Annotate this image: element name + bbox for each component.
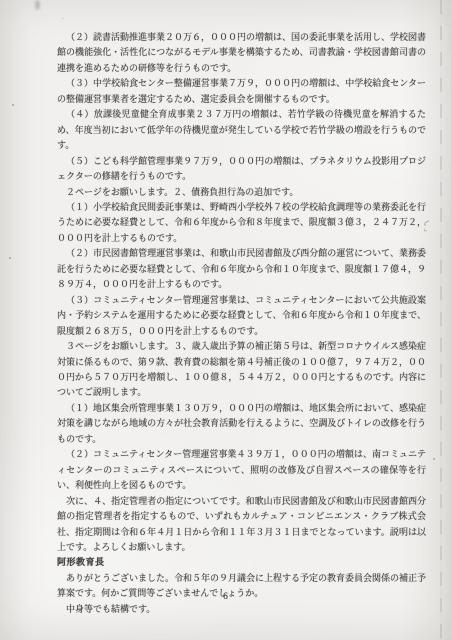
scanned-document-page: （２）読書活動推進事業２０万６，０００円の増額は、国の委託事業を活用し、学校図書…: [0, 0, 451, 640]
paragraph-amendment-item-meeting-halls: （１）地区集会所管理事業１３０万９，０００円の増額は、地区集会所において、感染症…: [57, 401, 426, 447]
paragraph-debt-item-citizen-library: （２）市民図書館管理運営事業は、和歌山市民図書館及び西分館の運営について、業務委…: [57, 246, 426, 292]
scan-speck-artifact: [433, 458, 435, 460]
paragraph-amendment-item-community-center: （２）コミュニティセンター管理運営事業４３９万１，０００円の増額は、南コミュニテ…: [57, 447, 426, 493]
paragraph-section-debt-obligations: ２ページをお願いします。２、債務負担行為の追加です。: [57, 185, 426, 200]
speaker-heading-agata-superintendent: 阿形教育長: [57, 555, 426, 570]
paragraph-budget-item-afterschool-care: （４）放課後児童健全育成事業２３７万円の増額は、若竹学級の待機児童を解消するため…: [57, 107, 426, 153]
scan-speck-artifact: [12, 104, 14, 106]
page-fold-line-artifact: [440, 0, 442, 640]
page-number: 6: [0, 592, 451, 602]
paragraph-section-designated-manager: 次に、４、指定管理者の指定についてです。和歌山市民図書館及び和歌山市民図書館西分…: [57, 494, 426, 556]
paragraph-section-budget-amendment-no5: ３ページをお願いします。３、歳入歳出予算の補正第５号は、新型コロナウイルス感染症…: [57, 339, 426, 401]
paragraph-budget-item-science-museum: （５）こども科学館管理事業９７万９，０００円の増額は、プラネタリウム投影用プロジ…: [57, 154, 426, 185]
paragraph-debt-item-elementary-lunch: （１）小学校給食民間委託事業は、野崎西小学校外７校の学校給食調理等の業務委託を行…: [57, 200, 426, 246]
paragraph-debt-item-community-center: （３）コミュニティセンター管理運営事業は、コミュニティセンターにおいて公共施設案…: [57, 293, 426, 339]
scan-speck-artifact: [9, 257, 11, 259]
document-text-block: （２）読書活動推進事業２０万６，０００円の増額は、国の委託事業を活用し、学校図書…: [57, 30, 426, 617]
paragraph-budget-item-school-lunch-center: （３）中学校給食センター整備運営事業７万９，０００円の増額は、中学校給食センター…: [57, 76, 426, 107]
paragraph-budget-item-reading-promotion: （２）読書活動推進事業２０万６，０００円の増額は、国の委託事業を活用し、学校図書…: [57, 30, 426, 76]
scan-speck-artifact: [62, 18, 64, 19]
paragraph-superintendent-remarks-continued: 中身等でも結構です。: [57, 602, 426, 617]
scan-smudge-artifact: [35, 0, 40, 10]
